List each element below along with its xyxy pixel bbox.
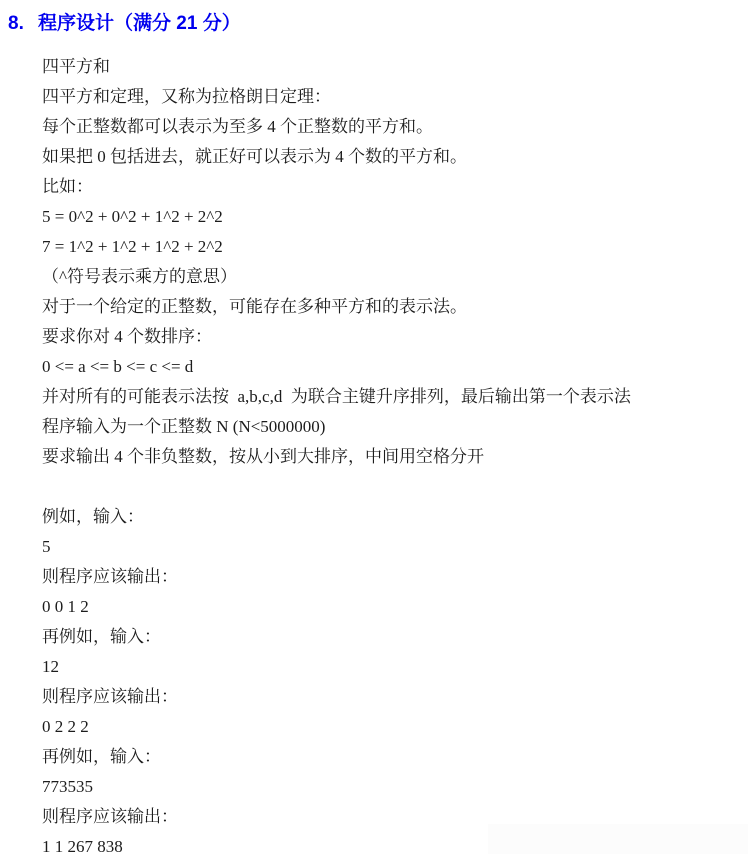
input-spec-line: 程序输入为一个正整数 N (N<5000000) (42, 412, 742, 442)
section-heading: 8. 程序设计（满分 21 分） (8, 8, 738, 35)
watermark-area (488, 824, 748, 854)
output-spec-line: 要求输出 4 个非负整数，按从小到大排序，中间用空格分开 (42, 442, 742, 472)
requirement-line: 要求你对 4 个数排序： (42, 322, 742, 352)
sample-input-label: 再例如，输入： (42, 622, 742, 652)
blank-line (42, 472, 742, 502)
formula-line: 7 = 1^2 + 1^2 + 1^2 + 2^2 (42, 232, 742, 262)
problem-name-line: 四平方和 (42, 52, 742, 82)
problem-statement: 四平方和 四平方和定理，又称为拉格朗日定理： 每个正整数都可以表示为至多 4 个… (42, 52, 742, 854)
note-line: （^符号表示乘方的意思） (42, 262, 742, 292)
sample-input-value: 773535 (42, 772, 742, 802)
document-page: 8. 程序设计（满分 21 分） 四平方和 四平方和定理，又称为拉格朗日定理： … (0, 0, 748, 854)
example-intro-line: 比如： (42, 172, 742, 202)
theorem-intro-line: 四平方和定理，又称为拉格朗日定理： (42, 82, 742, 112)
sample-output-value: 0 2 2 2 (42, 712, 742, 742)
requirement-line: 并对所有的可能表示法按 a,b,c,d 为联合主键升序排列，最后输出第一个表示法 (42, 382, 742, 412)
section-title: 程序设计（满分 21 分） (38, 8, 241, 35)
sample-output-label: 则程序应该输出： (42, 562, 742, 592)
formula-line: 5 = 0^2 + 0^2 + 1^2 + 2^2 (42, 202, 742, 232)
section-number: 8. (8, 13, 38, 35)
constraint-line: 0 <= a <= b <= c <= d (42, 352, 742, 382)
sample-input-value: 12 (42, 652, 742, 682)
sample-output-label: 则程序应该输出： (42, 682, 742, 712)
sample-input-label: 例如，输入： (42, 502, 742, 532)
statement-line: 每个正整数都可以表示为至多 4 个正整数的平方和。 (42, 112, 742, 142)
sample-input-label: 再例如，输入： (42, 742, 742, 772)
statement-line: 如果把 0 包括进去，就正好可以表示为 4 个数的平方和。 (42, 142, 742, 172)
statement-line: 对于一个给定的正整数，可能存在多种平方和的表示法。 (42, 292, 742, 322)
sample-output-value: 0 0 1 2 (42, 592, 742, 622)
sample-input-value: 5 (42, 532, 742, 562)
